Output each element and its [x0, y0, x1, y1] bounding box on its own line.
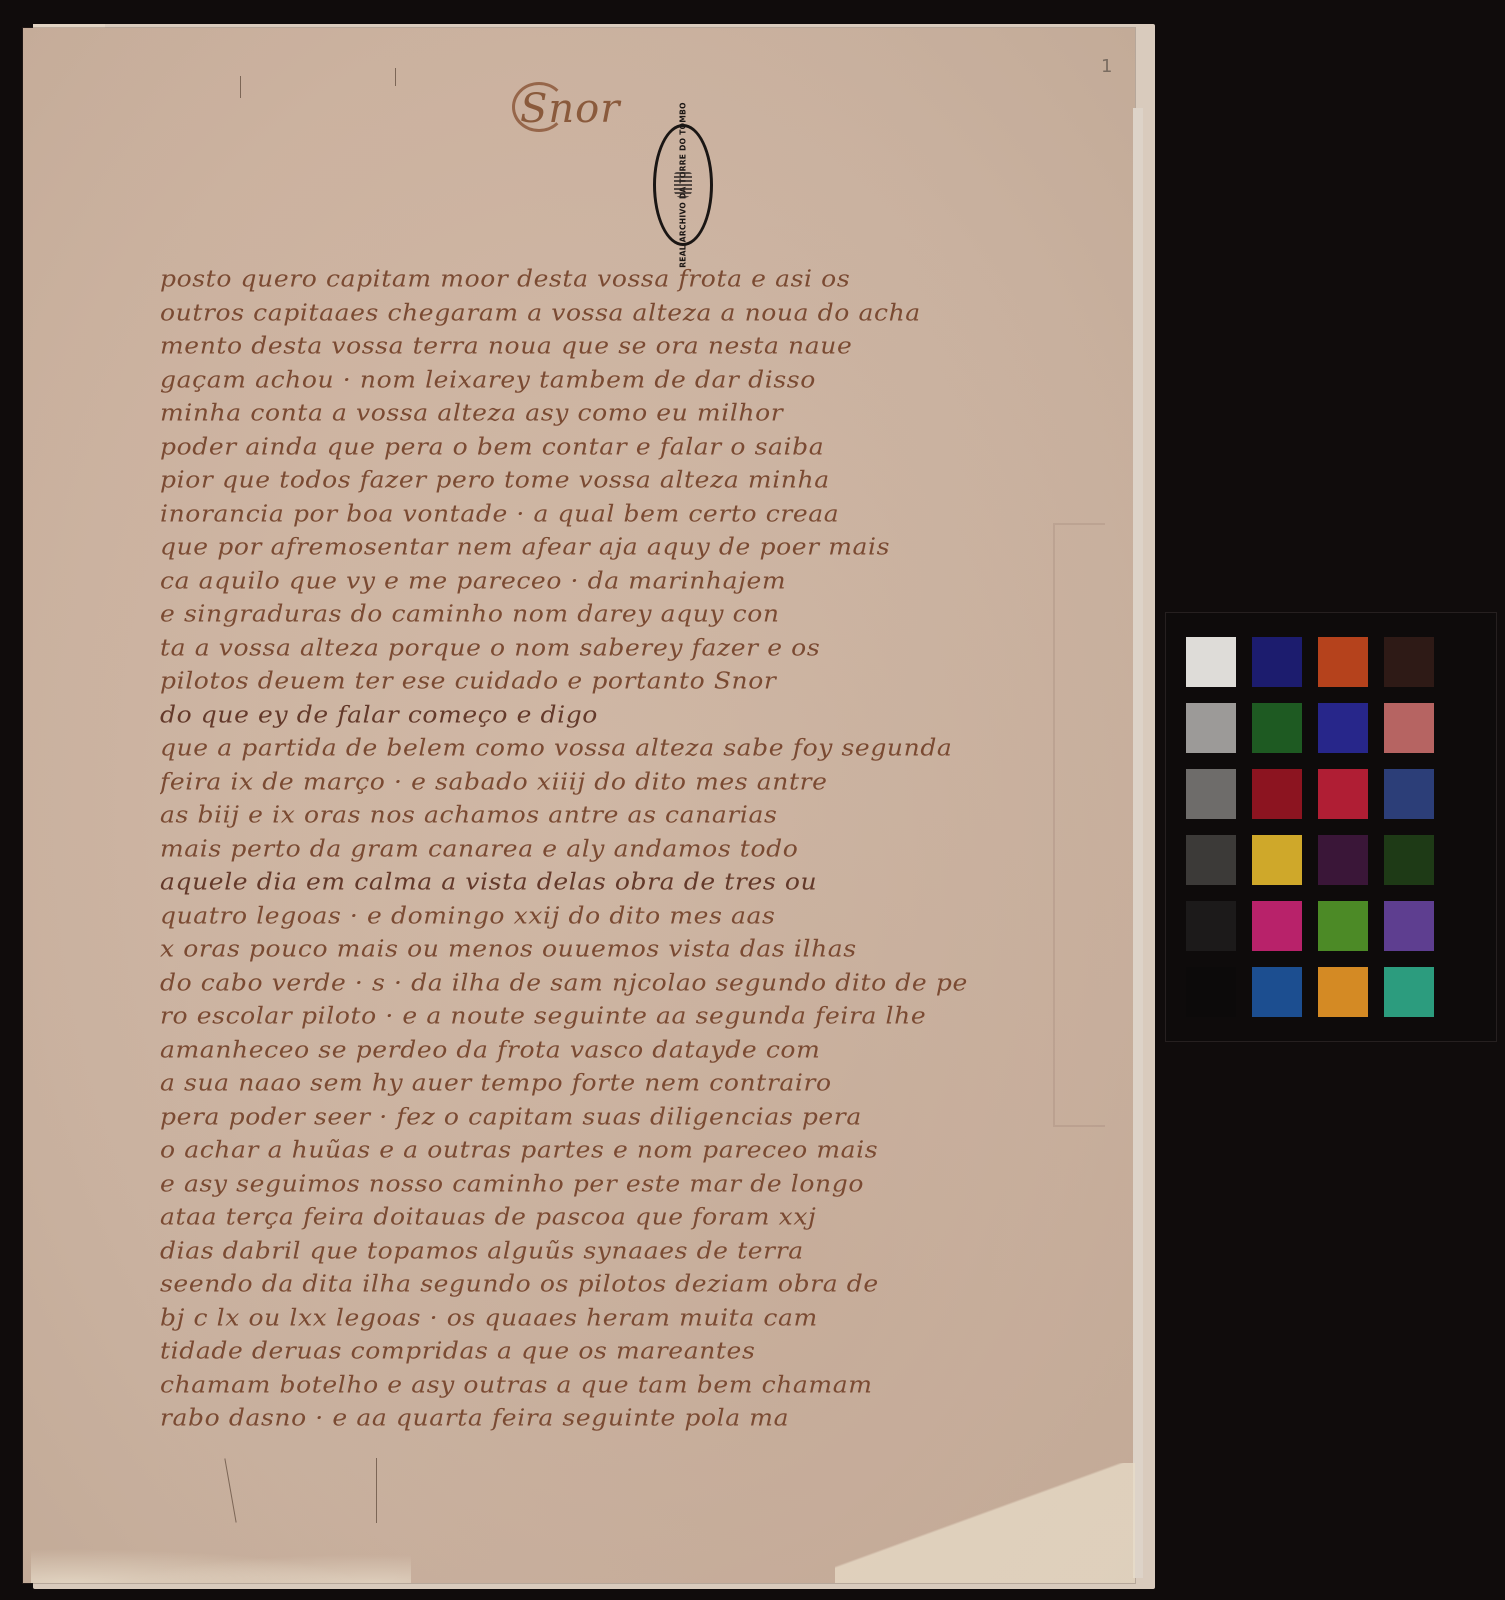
color-patch — [1186, 703, 1236, 753]
color-patch — [1186, 637, 1236, 687]
manuscript-line: mais perto da gram canarea e aly andamos… — [160, 832, 990, 864]
manuscript-line: e singraduras do caminho nom darey aquy … — [160, 598, 990, 630]
color-patch — [1384, 703, 1434, 753]
manuscript-line: feira ix de março · e sabado xiiij do di… — [160, 765, 990, 797]
manuscript-line: seendo da dita ilha segundo os pilotos d… — [160, 1268, 990, 1300]
manuscript-line: ca aquilo que vy e me pareceo · da marin… — [160, 564, 990, 596]
manuscript-line: que a partida de belem como vossa alteza… — [160, 732, 990, 764]
archive-stamp: REAL ARCHIVO DA TORRE DO TOMBO — [653, 124, 713, 246]
manuscript-line: e asy seguimos nosso caminho per este ma… — [160, 1167, 990, 1199]
manuscript-line: do cabo verde · s · da ilha de sam njcol… — [160, 966, 990, 998]
color-patch — [1318, 703, 1368, 753]
color-patch — [1252, 967, 1302, 1017]
color-patch — [1252, 637, 1302, 687]
color-patch — [1252, 769, 1302, 819]
color-patch — [1318, 835, 1368, 885]
manuscript-line: ta a vossa alteza porque o nom saberey f… — [160, 631, 990, 663]
color-patch — [1384, 835, 1434, 885]
color-patch — [1384, 637, 1434, 687]
manuscript-line: o achar a huũas e a outras partes e nom … — [160, 1134, 990, 1166]
color-checker-card — [1165, 612, 1497, 1042]
manuscript-text: posto quero capitam moor desta vossa fro… — [160, 262, 990, 1435]
color-patch — [1186, 835, 1236, 885]
pencil-mark — [240, 76, 241, 98]
manuscript-line: as biij e ix oras nos achamos antre as c… — [160, 799, 990, 831]
color-patch — [1186, 901, 1236, 951]
manuscript-line: amanheceo se perdeo da frota vasco datay… — [160, 1033, 990, 1065]
manuscript-line: aquele dia em calma a vista delas obra d… — [160, 866, 990, 898]
color-patch — [1318, 901, 1368, 951]
manuscript-line: pilotos deuem ter ese cuidado e portanto… — [160, 665, 990, 697]
water-stain-bottom-left — [31, 1543, 411, 1583]
manuscript-line: a sua naao sem hy auer tempo forte nem c… — [160, 1067, 990, 1099]
color-patch — [1186, 967, 1236, 1017]
pencil-mark — [395, 68, 396, 86]
color-patch — [1318, 967, 1368, 1017]
manuscript-line: rabo dasno · e aa quarta feira seguinte … — [160, 1402, 990, 1434]
folio-number: 1 — [1101, 56, 1112, 77]
manuscript-line: ro escolar piloto · e a noute seguinte a… — [160, 1000, 990, 1032]
color-patch — [1318, 769, 1368, 819]
color-patch — [1384, 967, 1434, 1017]
color-patch — [1186, 769, 1236, 819]
manuscript-line: que por afremosentar nem afear aja aquy … — [160, 531, 990, 563]
manuscript-line: posto quero capitam moor desta vossa fro… — [160, 263, 990, 295]
color-patch — [1384, 769, 1434, 819]
manuscript-line: quatro legoas · e domingo xxij do dito m… — [160, 899, 990, 931]
water-stain-bottom-right — [835, 1463, 1135, 1583]
manuscript-line: outros capitaaes chegaram a vossa alteza… — [160, 296, 990, 328]
manuscript-line: poder ainda que pera o bem contar e fala… — [160, 430, 990, 462]
color-patch — [1318, 637, 1368, 687]
manuscript-line: dias dabril que topamos alguũs synaaes d… — [160, 1234, 990, 1266]
manuscript-line: do que ey de falar começo e digo — [160, 698, 990, 730]
color-patch-grid — [1186, 637, 1434, 1017]
color-patch — [1384, 901, 1434, 951]
manuscript-line: pera poder seer · fez o capitam suas dil… — [160, 1100, 990, 1132]
color-patch — [1252, 835, 1302, 885]
manuscript-line: bj c lx ou lxx legoas · os quaaes heram … — [160, 1301, 990, 1333]
manuscript-line: pior que todos fazer pero tome vossa alt… — [160, 464, 990, 496]
color-patch — [1252, 703, 1302, 753]
manuscript-line: inorancia por boa vontade · a qual bem c… — [160, 497, 990, 529]
manuscript-line: x oras pouco mais ou menos ouuemos vista… — [160, 933, 990, 965]
manuscript-line: tidade deruas compridas a que os mareant… — [160, 1335, 990, 1367]
color-patch — [1252, 901, 1302, 951]
stamp-crest-icon — [674, 172, 692, 198]
page-edge — [1133, 108, 1143, 1578]
manuscript-line: gaçam achou · nom leixarey tambem de dar… — [160, 363, 990, 395]
manuscript-line: chamam botelho e asy outras a que tam be… — [160, 1368, 990, 1400]
heading-monogram: Snor — [520, 86, 620, 132]
show-through-outline — [1053, 523, 1105, 1127]
manuscript-line: minha conta a vossa alteza asy como eu m… — [160, 397, 990, 429]
pencil-mark — [376, 1458, 377, 1523]
manuscript-line: mento desta vossa terra noua que se ora … — [160, 330, 990, 362]
pencil-mark — [224, 1458, 236, 1522]
manuscript-line: ataa terça feira doitauas de pascoa que … — [160, 1201, 990, 1233]
